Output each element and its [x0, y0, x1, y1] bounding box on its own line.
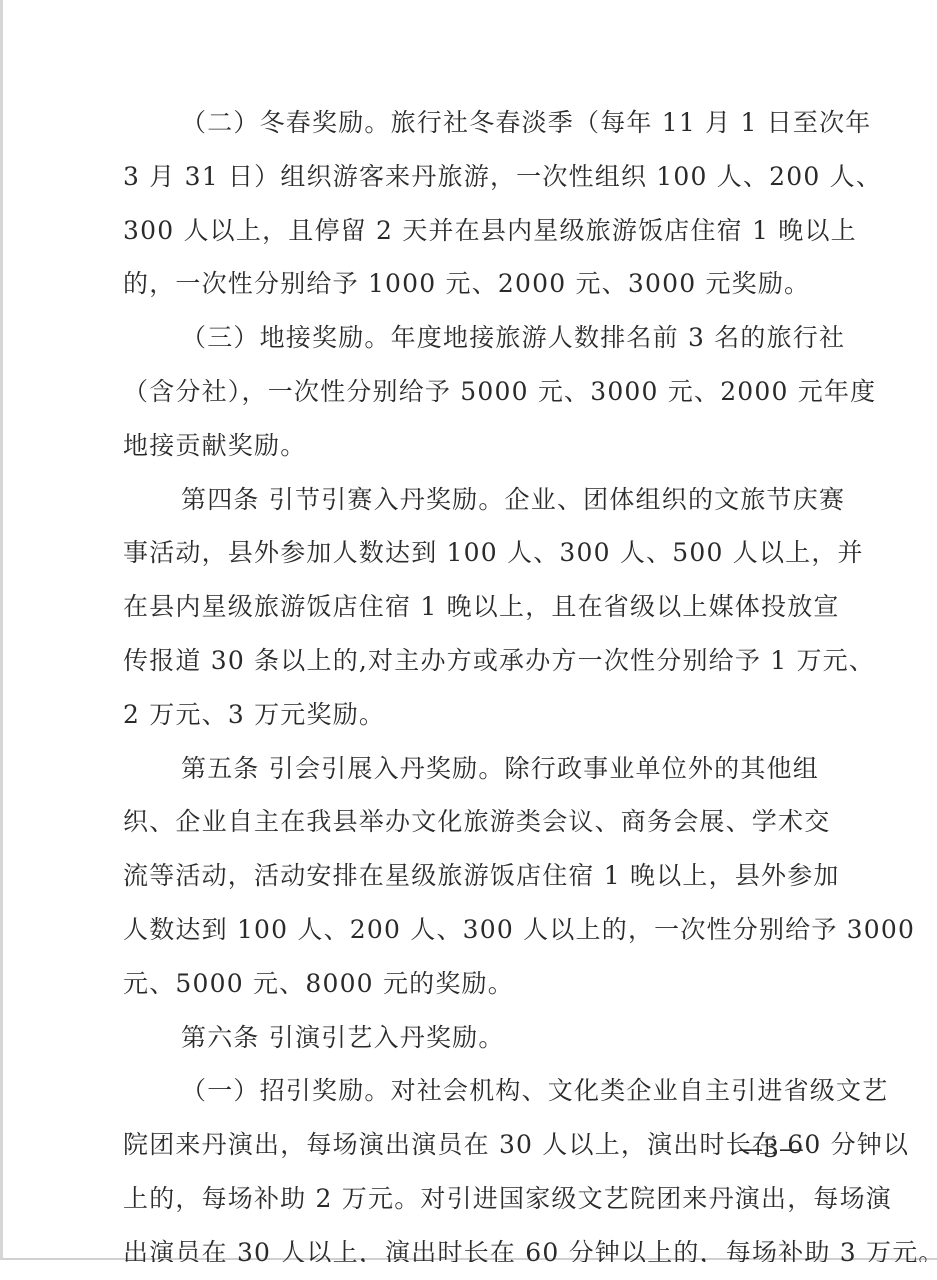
paragraph-first-line: （三）地接奖励。年度地接旅游人数排名前 3 名的旅行社 — [123, 311, 813, 365]
page-gap — [0, 1262, 937, 1280]
paragraph-line: 织、企业自主在我县举办文化旅游类会议、商务会展、学术交 — [123, 795, 813, 849]
paragraph-line: 3 月 31 日）组织游客来丹旅游，一次性组织 100 人、200 人、 — [123, 150, 813, 204]
document-body: （二）冬春奖励。旅行社冬春淡季（每年 11 月 1 日至次年3 月 31 日）组… — [123, 96, 813, 1280]
paragraph-line: 元、5000 元、8000 元的奖励。 — [123, 957, 813, 1011]
document-page: （二）冬春奖励。旅行社冬春淡季（每年 11 月 1 日至次年3 月 31 日）组… — [0, 0, 937, 1260]
paragraph-line: 院团来丹演出，每场演出演员在 30 人以上，演出时长在 60 分钟以 — [123, 1118, 813, 1172]
paragraph-line: 300 人以上，且停留 2 天并在县内星级旅游饭店住宿 1 晚以上 — [123, 204, 813, 258]
paragraph-line: 的，一次性分别给予 1000 元、2000 元、3000 元奖励。 — [123, 257, 813, 311]
paragraph-first-line: 第五条 引会引展入丹奖励。除行政事业单位外的其他组 — [123, 742, 813, 796]
paragraph-line: 人数达到 100 人、200 人、300 人以上的，一次性分别给予 3000 — [123, 903, 813, 957]
page-number: —3— — [738, 1134, 804, 1163]
paragraph-line: 上的，每场补助 2 万元。对引进国家级文艺院团来丹演出，每场演 — [123, 1172, 813, 1226]
paragraph-line: 2 万元、3 万元奖励。 — [123, 688, 813, 742]
paragraph-line: 地接贡献奖励。 — [123, 419, 813, 473]
paragraph-line: 传报道 30 条以上的,对主办方或承办方一次性分别给予 1 万元、 — [123, 634, 813, 688]
paragraph-line: 事活动，县外参加人数达到 100 人、300 人、500 人以上，并 — [123, 526, 813, 580]
paragraph-line: 在县内星级旅游饭店住宿 1 晚以上，且在省级以上媒体投放宣 — [123, 580, 813, 634]
paragraph-line: 流等活动，活动安排在星级旅游饭店住宿 1 晚以上，县外参加 — [123, 849, 813, 903]
paragraph-first-line: （一）招引奖励。对社会机构、文化类企业自主引进省级文艺 — [123, 1064, 813, 1118]
paragraph-first-line: （二）冬春奖励。旅行社冬春淡季（每年 11 月 1 日至次年 — [123, 96, 813, 150]
paragraph-first-line: 第四条 引节引赛入丹奖励。企业、团体组织的文旅节庆赛 — [123, 473, 813, 527]
paragraph-line: （含分社），一次性分别给予 5000 元、3000 元、2000 元年度 — [123, 365, 813, 419]
paragraph-first-line: 第六条 引演引艺入丹奖励。 — [123, 1011, 813, 1065]
